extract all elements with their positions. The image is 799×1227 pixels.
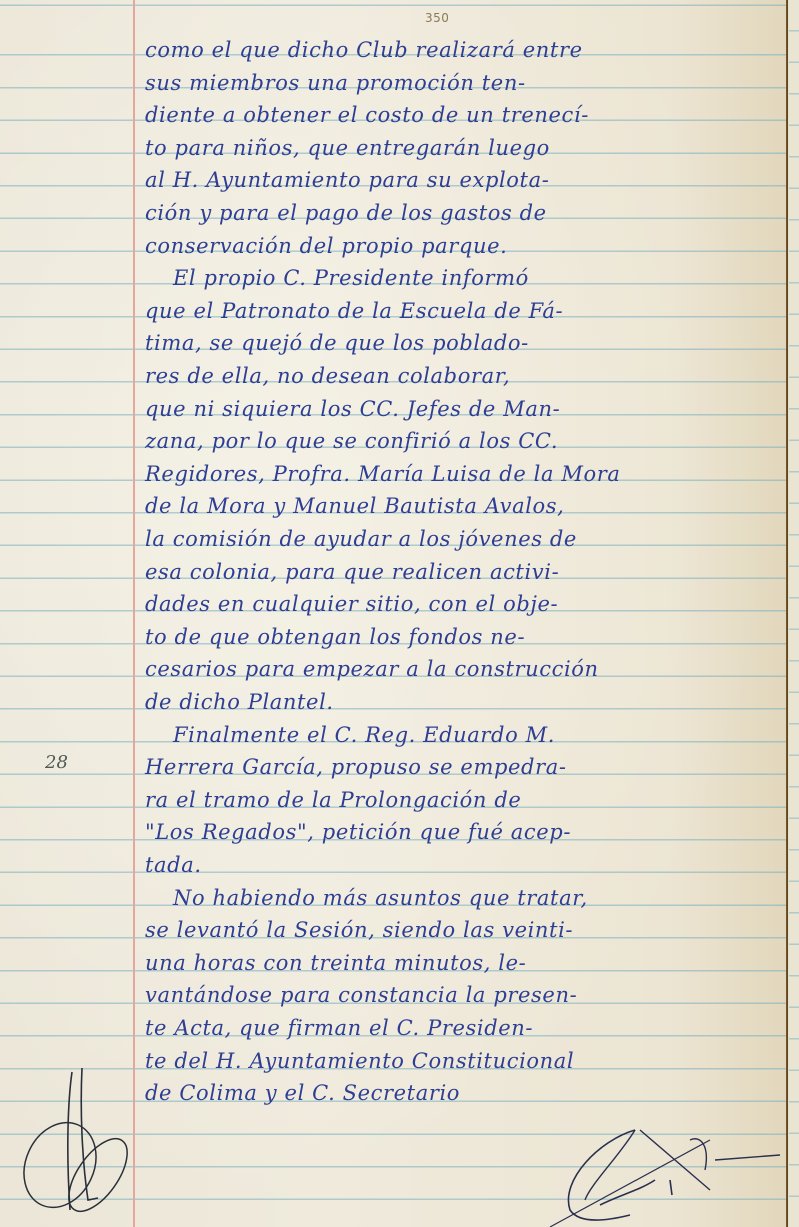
text-line: Regidores, Profra. María Luisa de la Mor… (145, 464, 620, 485)
text-line: to para niños, que entregarán luego (145, 138, 550, 159)
text-line: El propio C. Presidente informó (145, 268, 529, 289)
text-line: al H. Ayuntamiento para su explota- (145, 170, 549, 191)
text-line: diente a obtener el costo de un trenecí- (145, 105, 589, 126)
text-line: vantándose para constancia la presen- (145, 985, 577, 1006)
text-line: te del H. Ayuntamiento Constitucional (145, 1051, 574, 1072)
red-margin-line (133, 0, 135, 1227)
text-line: te Acta, que firman el C. Presiden- (145, 1018, 533, 1039)
page-number: 350 (425, 11, 449, 25)
adjacent-page-edge (789, 0, 799, 1227)
text-line: que el Patronato de la Escuela de Fá- (145, 301, 563, 322)
ledger-page: 350 28 como el que dicho Club realizará … (0, 0, 788, 1227)
text-line: que ni siquiera los CC. Jefes de Man- (145, 399, 560, 420)
text-line: se levantó la Sesión, siendo las veinti- (145, 920, 573, 941)
page-edge (786, 0, 788, 1227)
text-line: de dicho Plantel. (145, 692, 334, 713)
text-line: ción y para el pago de los gastos de (145, 203, 547, 224)
text-line: No habiendo más asuntos que tratar, (145, 888, 588, 909)
text-line: cesarios para empezar a la construcción (145, 659, 599, 680)
text-line: conservación del propio parque. (145, 236, 507, 257)
text-line: ra el tramo de la Prolongación de (145, 790, 521, 811)
text-line: zana, por lo que se confirió a los CC. (145, 431, 558, 452)
text-line: to de que obtengan los fondos ne- (145, 627, 525, 648)
text-line: como el que dicho Club realizará entre (145, 40, 583, 61)
text-line: res de ella, no desean colaborar, (145, 366, 510, 387)
text-line: de la Mora y Manuel Bautista Avalos, (145, 496, 564, 517)
text-line: "Los Regados", petición que fué acep- (145, 822, 571, 843)
text-line: la comisión de ayudar a los jóvenes de (145, 529, 577, 550)
text-line: una horas con treinta minutos, le- (145, 953, 526, 974)
margin-note: 28 (45, 752, 68, 773)
text-line: Finalmente el C. Reg. Eduardo M. (145, 725, 555, 746)
text-line: Herrera García, propuso se empedra- (145, 757, 567, 778)
text-line: de Colima y el C. Secretario (145, 1083, 460, 1104)
text-line: esa colonia, para que realicen activi- (145, 562, 559, 583)
text-line: dades en cualquier sitio, con el obje- (145, 594, 558, 615)
text-line: tima, se quejó de que los poblado- (145, 333, 529, 354)
text-line: tada. (145, 855, 202, 876)
text-line: sus miembros una promoción ten- (145, 73, 526, 94)
